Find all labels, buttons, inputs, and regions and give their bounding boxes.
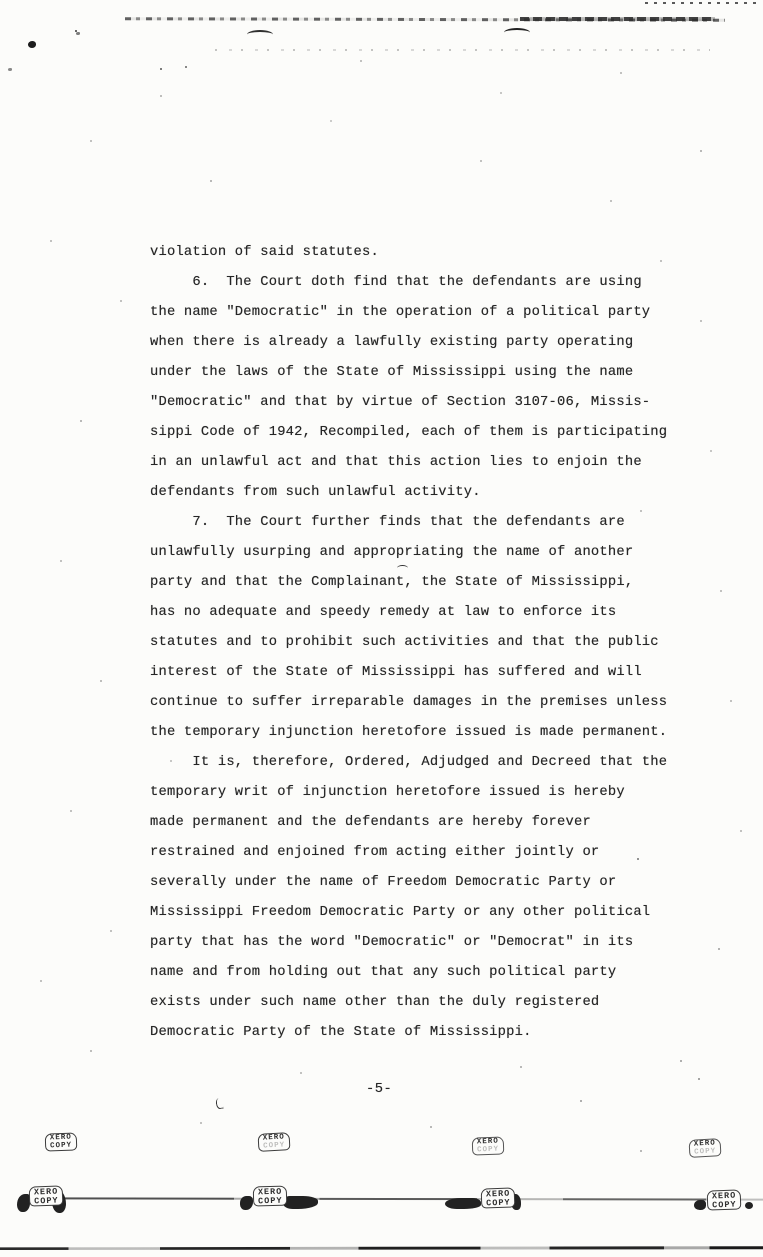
text-line: Mississippi Freedom Democratic Party or … [150, 898, 680, 928]
text-line: in an unlawful act and that this action … [150, 448, 680, 478]
text-line: party and that the Complainant, the Stat… [150, 568, 680, 598]
text-line: the temporary injunction heretofore issu… [150, 718, 680, 748]
ink-smudge [240, 1196, 253, 1210]
document-body: violation of said statutes. 6. The Court… [150, 238, 680, 1048]
scanned-document-page: violation of said statutes. 6. The Court… [0, 0, 763, 1257]
xerox-copy-stamp: XERO COPY [472, 1136, 505, 1155]
xerox-copy-stamp: XERO COPY [29, 1185, 64, 1206]
horizontal-rule [48, 1197, 763, 1200]
stamp-text-copy: COPY [258, 1196, 283, 1205]
xerox-copy-stamp: XERO COPY [45, 1132, 78, 1151]
xerox-copy-stamp: XERO COPY [689, 1138, 722, 1158]
ink-smudge [694, 1200, 706, 1210]
text-line: when there is already a lawfully existin… [150, 328, 680, 358]
scan-edge-artifact-dark [520, 17, 715, 21]
text-line: sippi Code of 1942, Recompiled, each of … [150, 418, 680, 448]
xerox-copy-stamp: XERO COPY [481, 1187, 516, 1208]
text-line: 6. The Court doth find that the defendan… [150, 268, 680, 298]
text-line: severally under the name of Freedom Demo… [150, 868, 680, 898]
stamp-text-copy: COPY [263, 1142, 285, 1151]
stamp-text-copy: COPY [694, 1148, 716, 1157]
text-line: "Democratic" and that by virtue of Secti… [150, 388, 680, 418]
stamp-text-copy: COPY [34, 1196, 59, 1205]
stamp-text-copy: COPY [486, 1198, 511, 1207]
stamp-text-copy: COPY [50, 1142, 72, 1150]
text-line: 7. The Court further finds that the defe… [150, 508, 680, 538]
text-line: under the laws of the State of Mississip… [150, 358, 680, 388]
text-line: It is, therefore, Ordered, Adjudged and … [150, 748, 680, 778]
stamp-text-copy: COPY [477, 1146, 499, 1154]
text-line: exists under such name other than the du… [150, 988, 680, 1018]
xerox-copy-stamp: XERO COPY [707, 1189, 742, 1210]
text-line: interest of the State of Mississippi has… [150, 658, 680, 688]
stamp-text-copy: COPY [712, 1200, 737, 1209]
bottom-edge-rule [0, 1246, 763, 1250]
text-line: statutes and to prohibit such activities… [150, 628, 680, 658]
scan-noise [0, 0, 2, 2]
text-line: Democratic Party of the State of Mississ… [150, 1018, 680, 1048]
xerox-copy-stamp: XERO COPY [258, 1132, 291, 1152]
text-line: restrained and enjoined from acting eith… [150, 838, 680, 868]
text-line: made permanent and the defendants are he… [150, 808, 680, 838]
scan-arc-mark [504, 28, 530, 37]
xerox-copy-stamp: XERO COPY [253, 1186, 288, 1207]
page-number: -5- [366, 1082, 392, 1097]
text-line: name and from holding out that any such … [150, 958, 680, 988]
ink-smudge [745, 1202, 753, 1209]
text-line: party that has the word "Democratic" or … [150, 928, 680, 958]
ink-blot [28, 41, 36, 48]
ink-smudge [283, 1196, 318, 1209]
text-line: temporary writ of injunction heretofore … [150, 778, 680, 808]
scan-faint-dot-row [215, 49, 710, 51]
text-line: the name "Democratic" in the operation o… [150, 298, 680, 328]
ink-smudge [445, 1198, 481, 1209]
text-line: has no adequate and speedy remedy at law… [150, 598, 680, 628]
scan-dotted-edge [645, 2, 760, 4]
scan-arc-mark [247, 30, 273, 39]
text-line: unlawfully usurping and appropriating th… [150, 538, 680, 568]
text-line: defendants from such unlawful activity. [150, 478, 680, 508]
text-line: violation of said statutes. [150, 238, 680, 268]
text-line: continue to suffer irreparable damages i… [150, 688, 680, 718]
stray-pen-mark [215, 1098, 223, 1110]
